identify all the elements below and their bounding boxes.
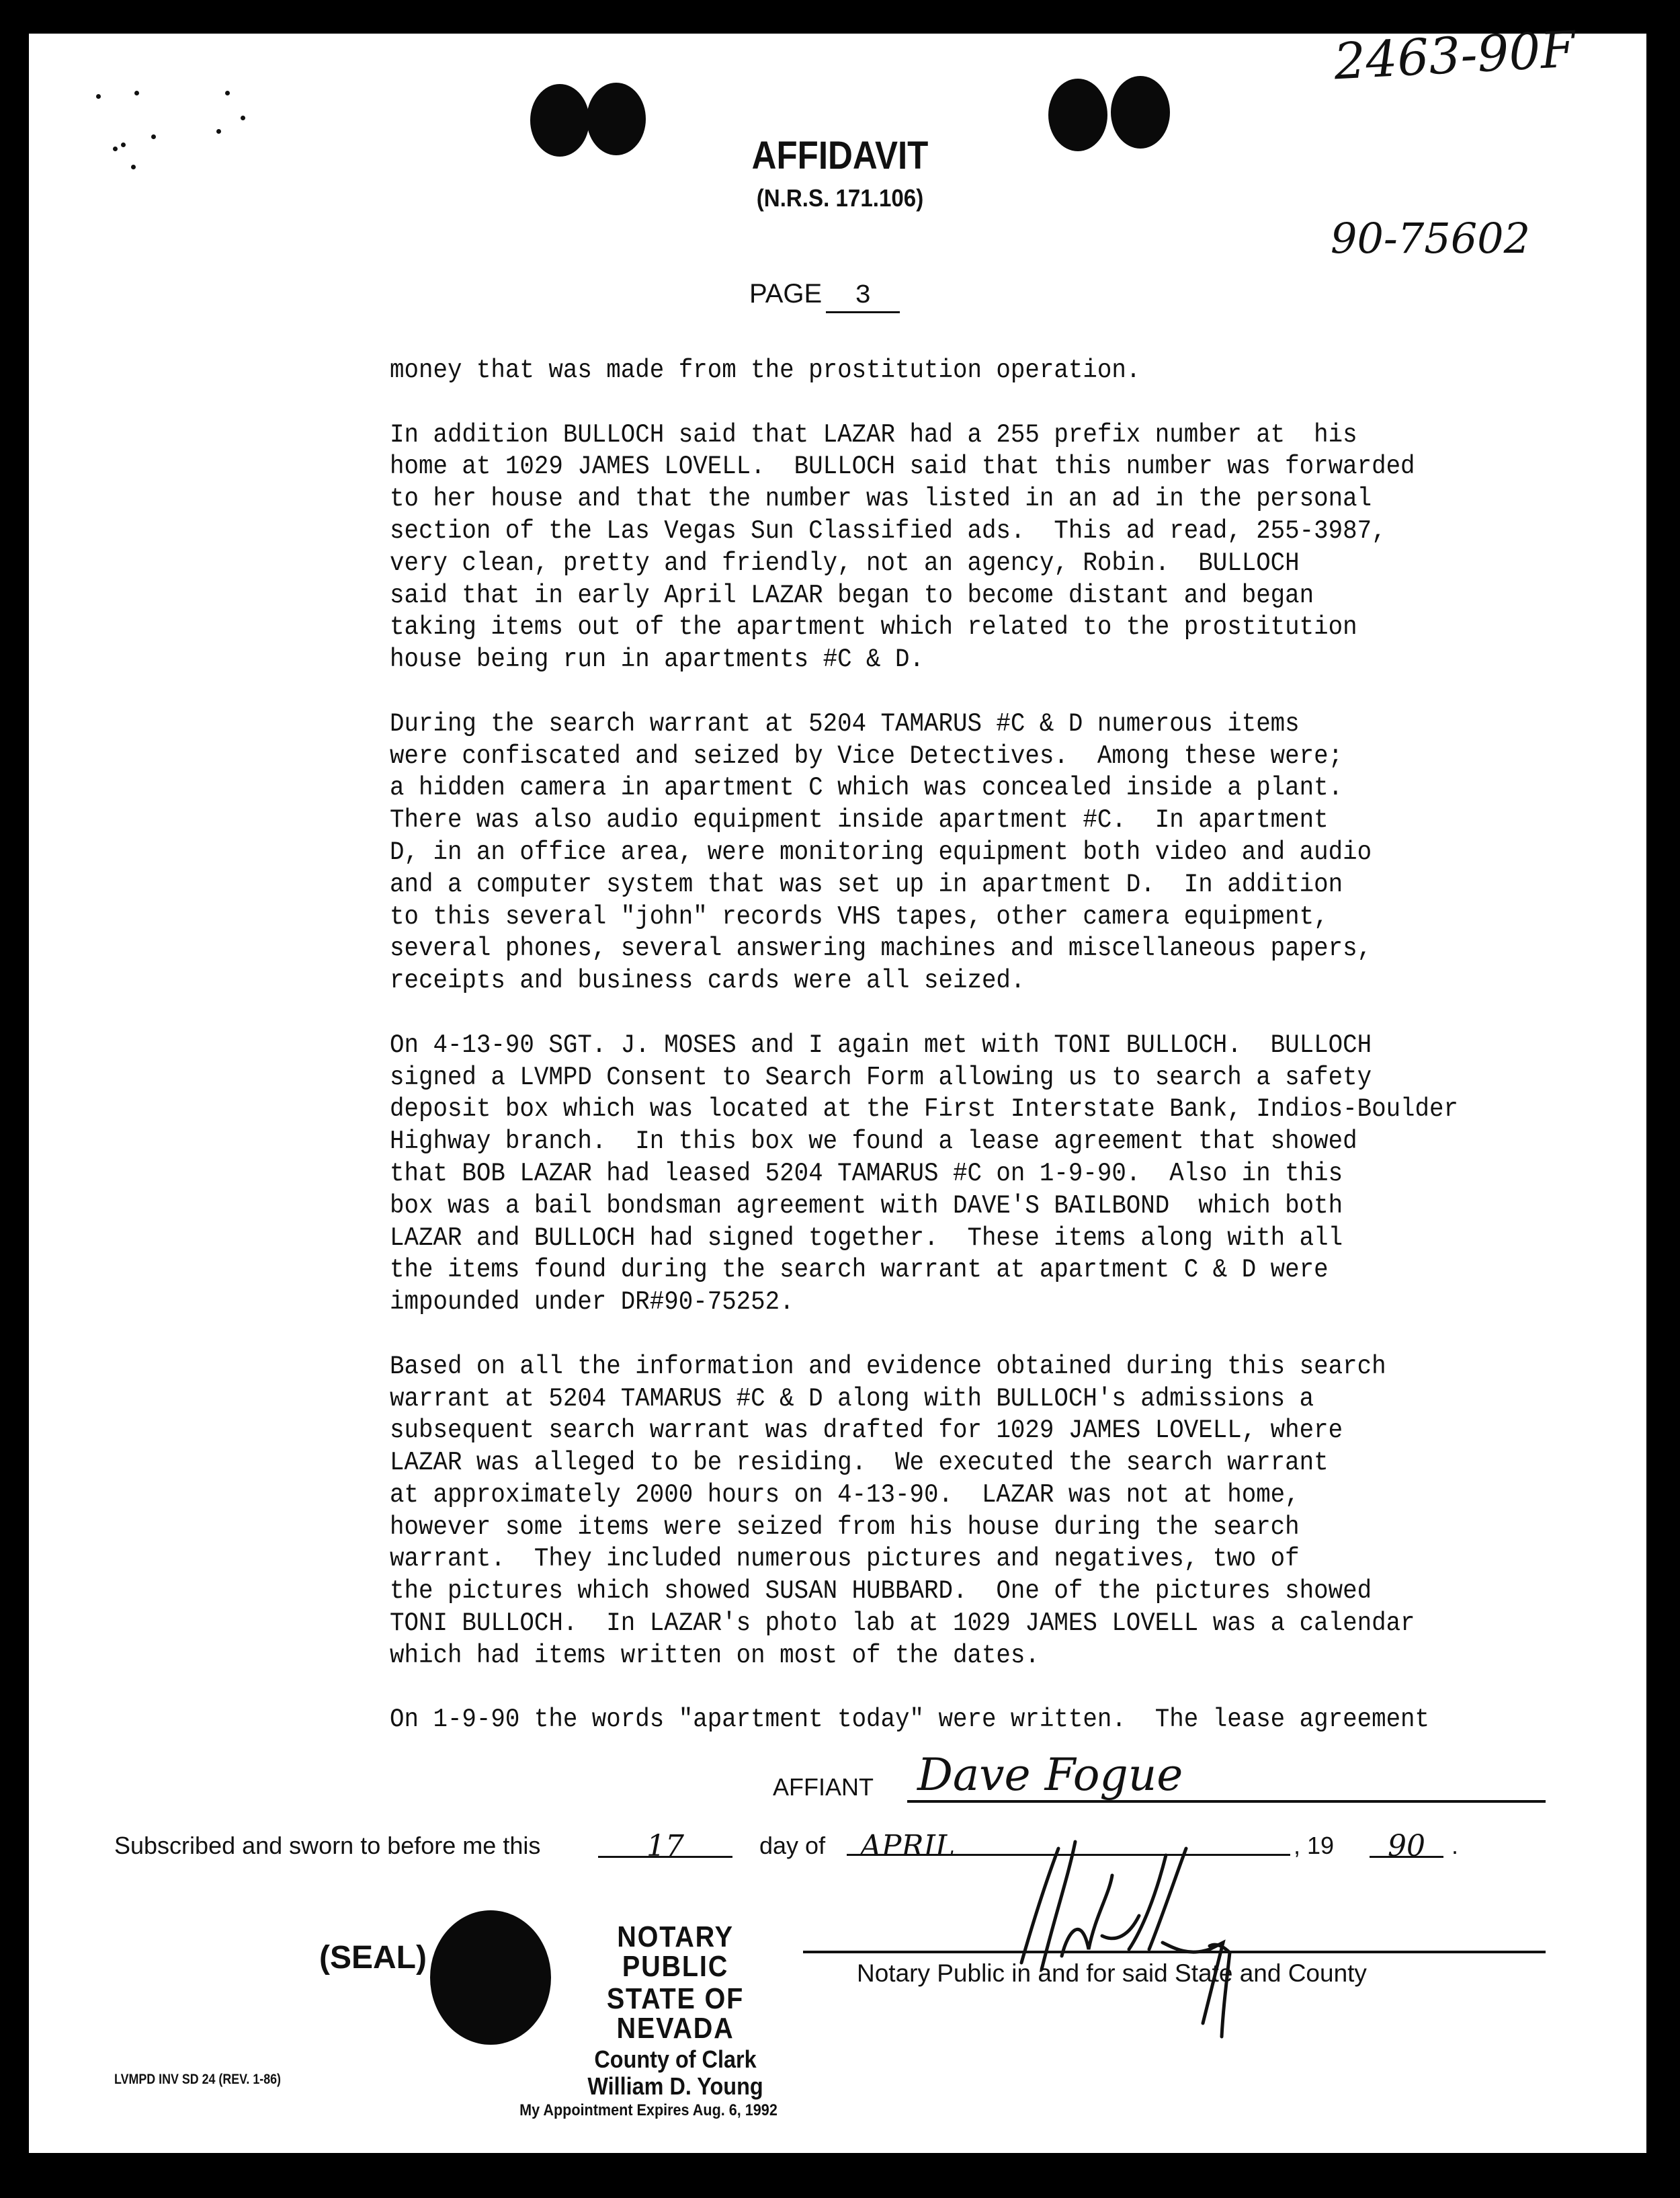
period: . — [1452, 1832, 1458, 1860]
notary-seal-icon — [430, 1910, 551, 2045]
body-line: which had items written on most of the d… — [390, 1640, 1515, 1672]
body-line: TONI BULLOCH. In LAZAR's photo lab at 10… — [390, 1608, 1515, 1640]
body-line: warrant at 5204 TAMARUS #C & D along wit… — [390, 1383, 1515, 1416]
body-line: section of the Las Vegas Sun Classified … — [390, 516, 1515, 548]
year-field: 90 — [1370, 1829, 1443, 1858]
body-paragraph: In addition BULLOCH said that LAZAR had … — [390, 419, 1515, 676]
page-indicator: PAGE3 — [749, 279, 900, 313]
body-line: There was also audio equipment inside ap… — [390, 805, 1515, 837]
page-number: 3 — [826, 281, 900, 313]
sworn-text: Subscribed and sworn to before me this — [114, 1832, 540, 1860]
notary-stamp-line: William D. Young — [560, 2074, 790, 2099]
affiant-signature-row: AFFIANT Dave Fogue — [773, 1768, 1546, 1808]
body-line: During the search warrant at 5204 TAMARU… — [390, 708, 1515, 741]
body-line: the items found during the search warran… — [390, 1254, 1515, 1287]
body-line: that BOB LAZAR had leased 5204 TAMARUS #… — [390, 1158, 1515, 1190]
notary-stamp-line: STATE OF NEVADA — [560, 1984, 790, 2043]
body-line: money that was made from the prostitutio… — [390, 355, 1515, 387]
handwritten-report-number: 90-75602 — [1331, 214, 1530, 263]
body-line: were confiscated and seized by Vice Dete… — [390, 741, 1515, 773]
body-line: warrant. They included numerous pictures… — [390, 1543, 1515, 1576]
scan-speck — [241, 116, 245, 120]
affiant-label: AFFIANT — [773, 1773, 874, 1801]
body-paragraph: On 1-9-90 the words "apartment today" we… — [390, 1704, 1515, 1736]
scan-speck — [225, 91, 230, 95]
body-paragraph: On 4-13-90 SGT. J. MOSES and I again met… — [390, 1030, 1515, 1319]
body-line: very clean, pretty and friendly, not an … — [390, 548, 1515, 580]
notary-signature-icon — [995, 1835, 1317, 2043]
affiant-signature: Dave Fogue — [917, 1749, 1183, 1801]
page-label: PAGE — [749, 279, 822, 309]
notary-stamp: NOTARY PUBLIC STATE OF NEVADA County of … — [548, 1922, 803, 2119]
seal-label: (SEAL) — [319, 1939, 427, 1976]
body-line: deposit box which was located at the Fir… — [390, 1094, 1515, 1126]
body-line: at approximately 2000 hours on 4-13-90. … — [390, 1479, 1515, 1512]
body-line: On 4-13-90 SGT. J. MOSES and I again met… — [390, 1030, 1515, 1062]
form-identifier: LVMPD INV SD 24 (REV. 1-86) — [114, 2072, 281, 2088]
notary-stamp-line: County of Clark — [560, 2047, 790, 2072]
scan-speck — [134, 91, 139, 95]
body-line: house being run in apartments #C & D. — [390, 644, 1515, 676]
body-line: LAZAR and BULLOCH had signed together. T… — [390, 1223, 1515, 1255]
body-line: signed a LVMPD Consent to Search Form al… — [390, 1062, 1515, 1094]
notary-stamp-line: My Appointment Expires Aug. 6, 1992 — [485, 2103, 812, 2119]
body-paragraph: Based on all the information and evidenc… — [390, 1351, 1515, 1672]
body-line: On 1-9-90 the words "apartment today" we… — [390, 1704, 1515, 1736]
body-line: to her house and that the number was lis… — [390, 483, 1515, 516]
body-line: however some items were seized from his … — [390, 1512, 1515, 1544]
body-line: receipts and business cards were all sei… — [390, 965, 1515, 998]
day-of-label: day of — [759, 1832, 825, 1860]
body-line: impounded under DR#90-75252. — [390, 1287, 1515, 1319]
body-line: the pictures which showed SUSAN HUBBARD.… — [390, 1576, 1515, 1608]
body-line: home at 1029 JAMES LOVELL. BULLOCH said … — [390, 451, 1515, 483]
body-line: In addition BULLOCH said that LAZAR had … — [390, 419, 1515, 452]
body-line: to this several "john" records VHS tapes… — [390, 901, 1515, 934]
day-field: 17 — [598, 1829, 732, 1858]
body-line: Highway branch. In this box we found a l… — [390, 1126, 1515, 1158]
affidavit-body: money that was made from the prostitutio… — [390, 355, 1515, 1768]
body-paragraph: During the search warrant at 5204 TAMARU… — [390, 708, 1515, 998]
body-line: and a computer system that was set up in… — [390, 869, 1515, 901]
notary-stamp-line: NOTARY PUBLIC — [560, 1922, 790, 1982]
body-line: said that in early April LAZAR began to … — [390, 580, 1515, 612]
body-line: taking items out of the apartment which … — [390, 612, 1515, 644]
body-line: D, in an office area, were monitoring eq… — [390, 837, 1515, 869]
body-line: subsequent search warrant was drafted fo… — [390, 1415, 1515, 1447]
body-line: a hidden camera in apartment C which was… — [390, 772, 1515, 805]
statute-reference: (N.R.S. 171.106) — [67, 184, 1613, 212]
document-title: AFFIDAVIT — [101, 133, 1579, 178]
scan-speck — [96, 94, 101, 99]
body-paragraph: money that was made from the prostitutio… — [390, 355, 1515, 387]
body-line: LAZAR was alleged to be residing. We exe… — [390, 1447, 1515, 1479]
body-line: Based on all the information and evidenc… — [390, 1351, 1515, 1383]
body-line: box was a bail bondsman agreement with D… — [390, 1190, 1515, 1223]
body-line: several phones, several answering machin… — [390, 933, 1515, 965]
